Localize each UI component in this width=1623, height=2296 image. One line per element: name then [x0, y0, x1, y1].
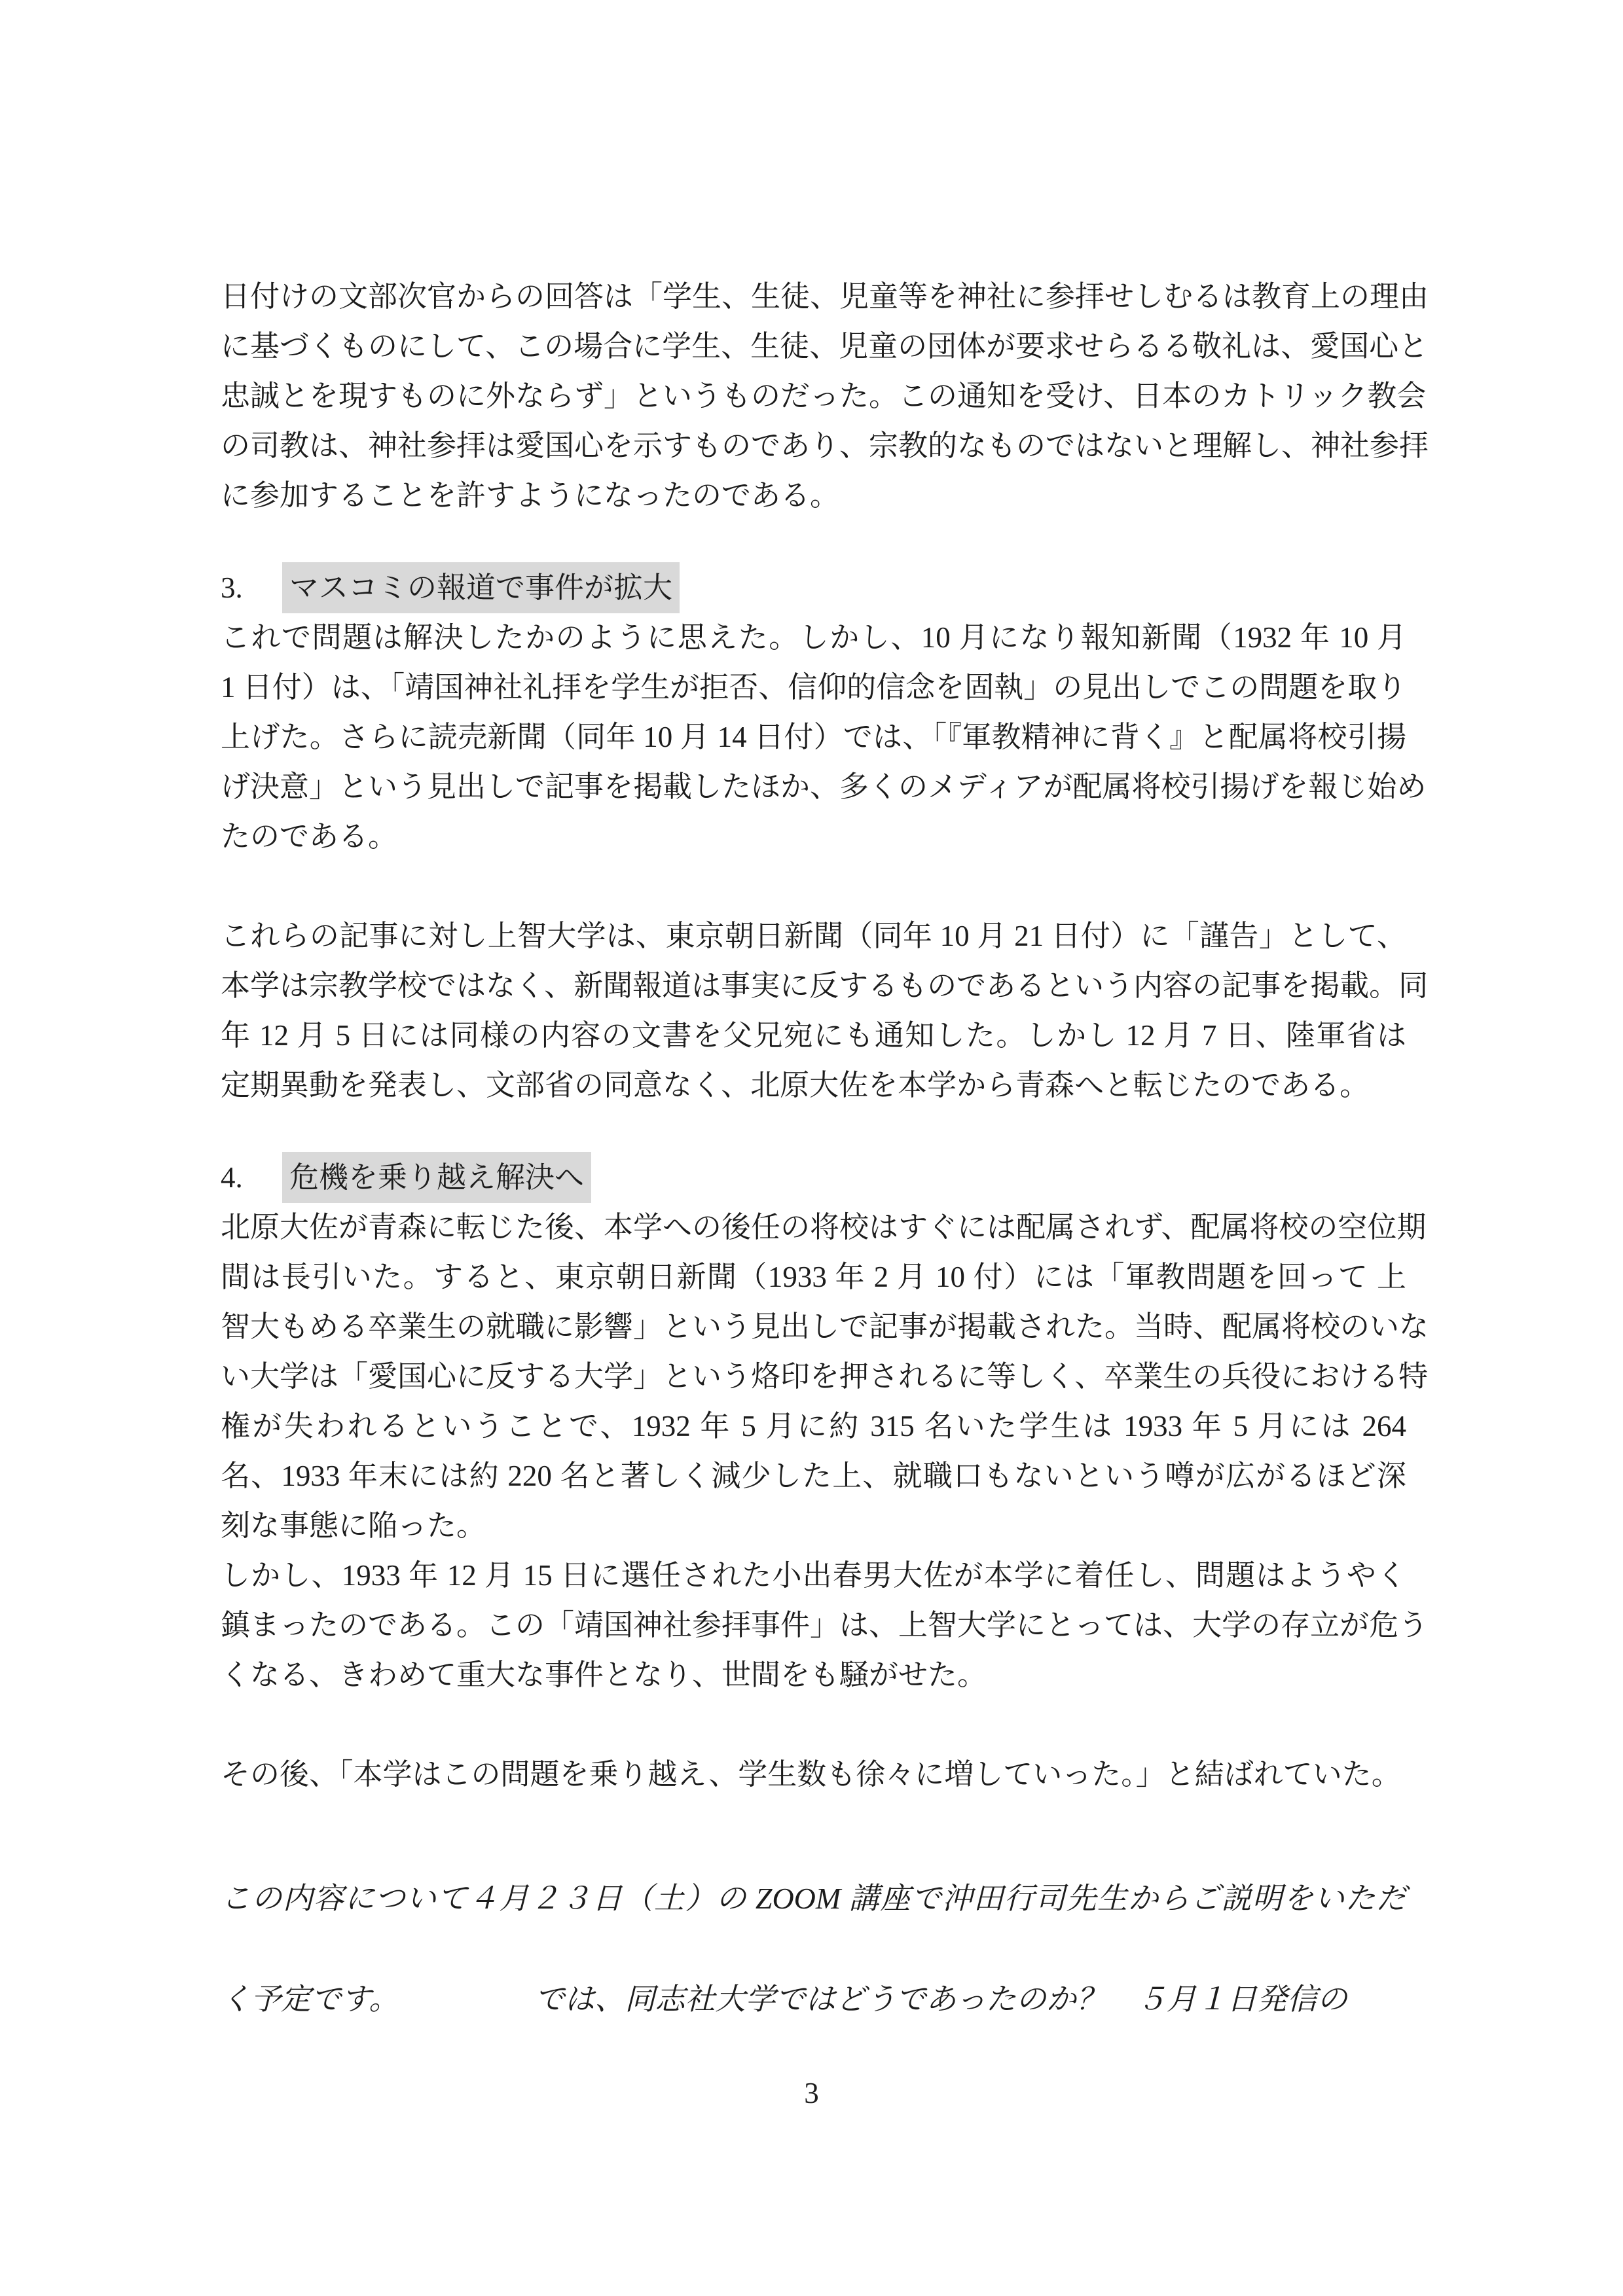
text-line: しかし、1933 年 12 月 15 日に選任された小出春男大佐が本学に着任し、…: [221, 1551, 1406, 1600]
section-heading: 4.危機を乗り越え解決へ: [221, 1153, 1406, 1202]
text-line: 刻な事態に陥った。: [221, 1501, 1406, 1551]
document-page: 日付けの文部次官からの回答は「学生、生徒、児童等を神社に参拝せしむるは教育上の理…: [0, 0, 1623, 2296]
text-line: 権が失われるということで、1932 年 5 月に約 315 名いた学生は 193…: [221, 1401, 1406, 1451]
text-line: 忠誠とを現すものに外ならず」というものだった。この通知を受け、日本のカトリック教…: [221, 371, 1406, 421]
text-line: これで問題は解決したかのように思えた。しかし、10 月になり報知新聞（1932 …: [221, 613, 1406, 662]
text-line: これらの記事に対し上智大学は、東京朝日新聞（同年 10 月 21 日付）に「謹告…: [221, 911, 1406, 961]
text-line: 智大もめる卒業生の就職に影響」という見出しで記事が掲載された。当時、配属将校のい…: [221, 1302, 1406, 1352]
text-line: い大学は「愛国心に反する大学」という烙印を押されるに等しく、卒業生の兵役における…: [221, 1352, 1406, 1401]
paragraph: これで問題は解決したかのように思えた。しかし、10 月になり報知新聞（1932 …: [221, 613, 1406, 861]
paragraph: 北原大佐が青森に転じた後、本学への後任の将校はすぐには配属されず、配属将校の空位…: [221, 1202, 1406, 1551]
paragraph: しかし、1933 年 12 月 15 日に選任された小出春男大佐が本学に着任し、…: [221, 1551, 1406, 1700]
text-line: たのである。: [221, 812, 1406, 861]
text-line: げ決意」という見出しで記事を掲載したほか、多くのメディアが配属将校引揚げを報じ始…: [221, 762, 1406, 812]
text-line: この内容について４月２３日（土）の ZOOM 講座で沖田行司先生からご説明をいた…: [221, 1848, 1406, 1949]
heading-title-highlight: マスコミの報道で事件が拡大: [282, 562, 680, 613]
paragraph: これらの記事に対し上智大学は、東京朝日新聞（同年 10 月 21 日付）に「謹告…: [221, 911, 1406, 1110]
text-line: く予定です。 では、同志社大学ではどうであったのか？ ５月１日発信の: [221, 1949, 1406, 2050]
text-line: 定期異動を発表し、文部省の同意なく、北原大佐を本学から青森へと転じたのである。: [221, 1060, 1406, 1110]
section-heading: 3.マスコミの報道で事件が拡大: [221, 563, 1406, 613]
text-line: 鎮まったのである。この「靖国神社参拝事件」は、上智大学にとっては、大学の存立が危…: [221, 1600, 1406, 1650]
text-line: 日付けの文部次官からの回答は「学生、生徒、児童等を神社に参拝せしむるは教育上の理…: [221, 272, 1406, 321]
text-line: 北原大佐が青森に転じた後、本学への後任の将校はすぐには配属されず、配属将校の空位…: [221, 1202, 1406, 1252]
text-line: に基づくものにして、この場合に学生、生徒、児童の団体が要求せらるる敬礼は、愛国心…: [221, 321, 1406, 371]
text-line: に参加することを許すようになったのである。: [221, 471, 1406, 520]
text-line: 名、1933 年末には約 220 名と著しく減少した上、就職口もないという噂が広…: [221, 1451, 1406, 1501]
heading-number: 3.: [221, 563, 282, 613]
text-line: 年 12 月 5 日には同様の内容の文書を父兄宛にも通知した。しかし 12 月 …: [221, 1011, 1406, 1060]
paragraph: 日付けの文部次官からの回答は「学生、生徒、児童等を神社に参拝せしむるは教育上の理…: [221, 272, 1406, 520]
document-content: 日付けの文部次官からの回答は「学生、生徒、児童等を神社に参拝せしむるは教育上の理…: [221, 272, 1406, 2050]
text-line: 間は長引いた。すると、東京朝日新聞（1933 年 2 月 10 付）には「軍教問…: [221, 1252, 1406, 1302]
closing-note: この内容について４月２３日（土）の ZOOM 講座で沖田行司先生からご説明をいた…: [221, 1848, 1406, 2050]
text-line: くなる、きわめて重大な事件となり、世間をも騒がせた。: [221, 1650, 1406, 1700]
text-line: その後、「本学はこの問題を乗り越え、学生数も徐々に増していった。」と結ばれていた…: [221, 1749, 1406, 1799]
paragraph: その後、「本学はこの問題を乗り越え、学生数も徐々に増していった。」と結ばれていた…: [221, 1749, 1406, 1799]
text-line: 上げた。さらに読売新聞（同年 10 月 14 日付）では、「『軍教精神に背く』と…: [221, 712, 1406, 762]
heading-number: 4.: [221, 1153, 282, 1202]
text-line: の司教は、神社参拝は愛国心を示すものであり、宗教的なものではないと理解し、神社参…: [221, 421, 1406, 471]
text-line: 本学は宗教学校ではなく、新聞報道は事実に反するものであるという内容の記事を掲載。…: [221, 961, 1406, 1011]
text-line: 1 日付）は、「靖国神社礼拝を学生が拒否、信仰的信念を固執」の見出しでこの問題を…: [221, 662, 1406, 712]
page-number: 3: [0, 2068, 1623, 2118]
heading-title-highlight: 危機を乗り越え解決へ: [282, 1152, 591, 1203]
